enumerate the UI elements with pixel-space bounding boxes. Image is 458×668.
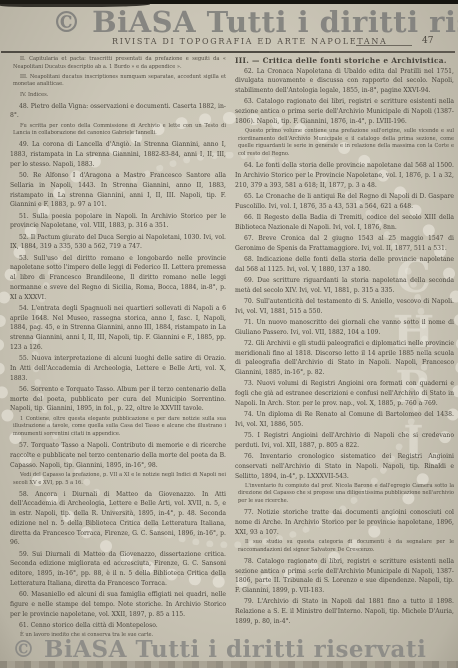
bibliography-entry: 71. Un nuovo manoscritto dei giornali ch…	[235, 318, 454, 338]
text-columns: II. Capitularia et pacta: trascritti pre…	[10, 56, 454, 644]
bibliography-entry: 70. Sull'autenticità del testamento di S…	[235, 297, 454, 317]
footnote: L'inventario fu compiuto dal prof. Nicol…	[235, 483, 454, 506]
scanned-journal-page: © BiASA Tutti i diritti riservati CHRI R…	[0, 0, 458, 668]
right-column: III. — Critica delle fonti storiche e Ar…	[235, 56, 454, 644]
bibliography-entry: 72. Gli Archivii e gli studii paleografi…	[235, 339, 454, 378]
copyright-watermark-bottom: © BiASA Tutti i diritti riservati	[12, 636, 426, 663]
footnote: II. Capitularia et pacta: trascritti pre…	[10, 56, 226, 71]
bibliography-entry: 52. Il Pactum giurato del Duca Sergio ai…	[10, 233, 226, 253]
bibliography-entry: 54. L'entrata degli Spagnuoli nei quarti…	[10, 304, 226, 353]
bibliography-entry: 57. Torquato Tasso a Napoli. Contributo …	[10, 441, 226, 470]
footnote: 1 Contiene, oltre questa elegante pubbli…	[10, 416, 226, 439]
header-rule	[1, 51, 455, 53]
bibliography-entry: 50. Re Alfonso I d'Aragona a Mastro Fran…	[10, 171, 226, 210]
bibliography-entry: 51. Sulla poesia popolare in Napoli. In …	[10, 212, 226, 232]
copyright-watermark-top: © BiASA Tutti i diritti riservati	[52, 5, 458, 39]
bibliography-entry: 77. Notizie storiche tratte dai document…	[235, 508, 454, 537]
right-column-entries: 62. La Cronaca Napoletana di Ubaldo edit…	[235, 67, 454, 627]
bibliography-entry: 49. La corona di Lancella d'Angiò. In St…	[10, 140, 226, 169]
bibliography-entry: 73. Nuovi volumi di Registri Angioini or…	[235, 379, 454, 408]
bibliography-entry: 61. Cenno storico della città di Montepe…	[10, 621, 226, 631]
header-short-rule	[356, 45, 412, 46]
bibliography-entry: 65. Le Cronache de li antiqui Re del Reg…	[235, 192, 454, 212]
bibliography-entry: 74. Un diploma di Re Renato al Comune di…	[235, 410, 454, 430]
bibliography-entry: 48. Pietro della Vigna: osservazioni e d…	[10, 102, 226, 122]
bibliography-entry: 78. Catalogo ragionato di libri, registr…	[235, 557, 454, 596]
bibliography-entry: 69. Due scritture riguardanti la storia …	[235, 276, 454, 296]
bibliography-entry: 68. Indicazione delle fonti della storia…	[235, 255, 454, 275]
bibliography-entry: 60. Masaniello ed alcuni di sua famiglia…	[10, 590, 226, 619]
footnote: III. Neapolitani ducatus inscriptiones n…	[10, 74, 226, 89]
bibliography-entry: 75. I Registri Angioini dell'Archivio di…	[235, 431, 454, 451]
running-head-journal-title: RIVISTA DI TOPOGRAFIA ED ARTE NAPOLETANA	[112, 37, 388, 46]
bibliography-entry: 56. Sorrento e Torquato Tasso. Album per…	[10, 385, 226, 414]
footnote: Fu scritta per conto della Commissione d…	[10, 123, 226, 138]
footnote: Vedi del Capasso la prefazione, p. VII a…	[10, 472, 226, 487]
left-column: II. Capitularia et pacta: trascritti pre…	[10, 56, 226, 644]
bibliography-entry: 63. Catalogo ragionato dei libri, regist…	[235, 97, 454, 126]
bibliography-entry: 53. Sull'uso del diritto romano e longob…	[10, 254, 226, 303]
bibliography-entry: 59. Sui Diurnali di Matteo da Giovenazzo…	[10, 550, 226, 589]
footnote: IV. Indices.	[10, 92, 226, 100]
footnote: Questo primo volume contiene una prefazi…	[235, 128, 454, 159]
section-heading: III. — Critica delle fonti storiche e Ar…	[235, 56, 454, 65]
bibliography-entry: 58. Ancora i Diurnali di Matteo da Giove…	[10, 490, 226, 549]
bibliography-entry: 66. Il Regesto della Badia di Tremiti, c…	[235, 213, 454, 233]
page-number: 47	[422, 36, 433, 46]
bibliography-entry: 76. Inventario cronologico sistematico d…	[235, 452, 454, 481]
bibliography-entry: 79. L'Archivio di Stato in Napoli dal 18…	[235, 597, 454, 626]
scan-bottom-edge	[0, 661, 458, 668]
bibliography-entry: 67. Breve Cronica dal 2 giugno 1543 al 2…	[235, 234, 454, 254]
bibliography-entry: 55. Nuova interpretazione di alcuni luog…	[10, 354, 226, 383]
footnote: Il suo studio su questa categoria di doc…	[235, 539, 454, 554]
bibliography-entry: 62. La Cronaca Napoletana di Ubaldo edit…	[235, 67, 454, 96]
bibliography-entry: 64. Le fonti della storia delle provinci…	[235, 161, 454, 190]
